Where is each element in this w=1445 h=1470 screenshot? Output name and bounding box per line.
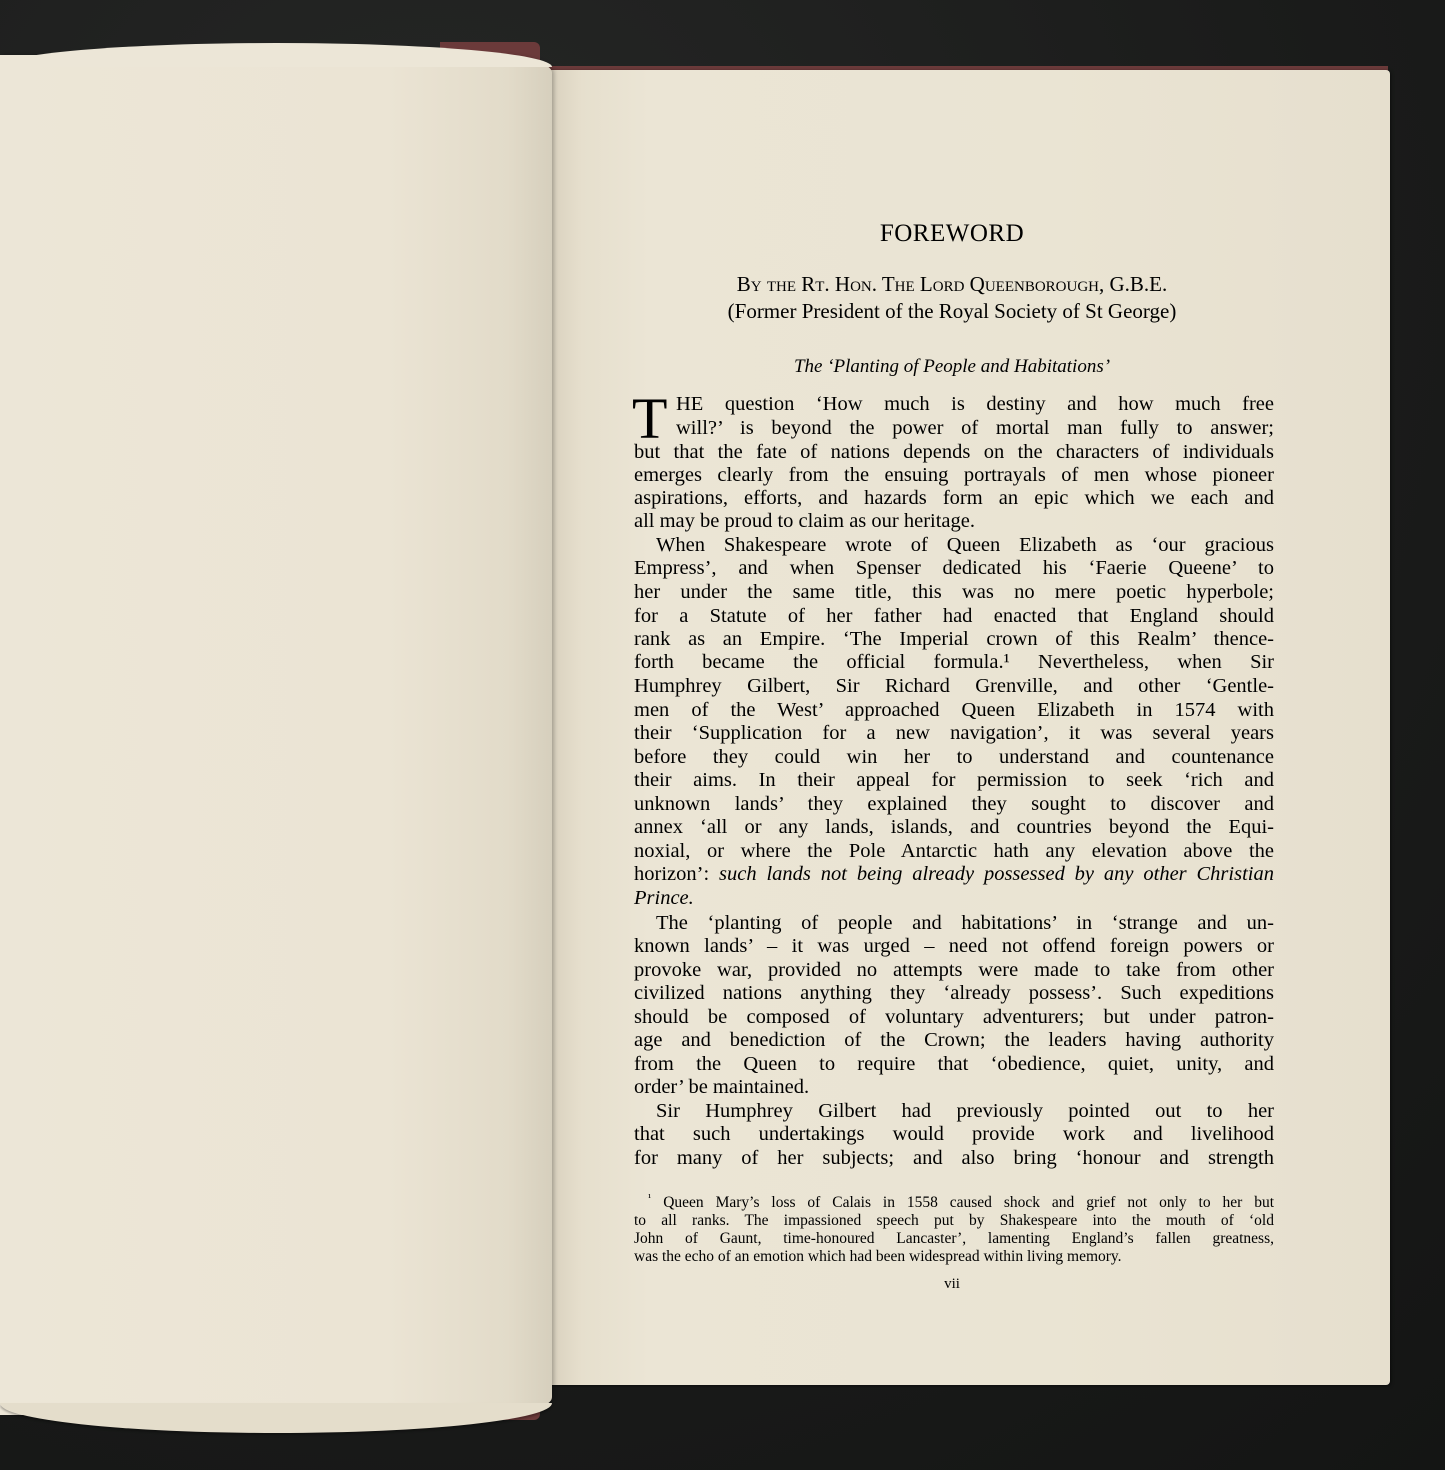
text-line: annex ‘all or any lands, islands, and co… [634,815,1274,839]
page-number: vii [548,1276,1356,1293]
text-line: civilized nations anything they ‘already… [634,981,1274,1005]
text-line: should be composed of voluntary adventur… [634,1005,1274,1029]
footnote-marker: ¹ [648,1192,651,1204]
text-line: order’ be maintained. [634,1075,1274,1099]
text-roman: horizon’: [634,863,719,885]
text-line: before they could win her to understand … [634,745,1274,769]
text-line: Humphrey Gilbert, Sir Richard Grenville,… [634,674,1274,698]
text-line: Sir Humphrey Gilbert had previously poin… [634,1099,1274,1123]
text-line: from the Queen to require that ‘obedienc… [634,1052,1274,1076]
text-line: aspirations, efforts, and hazards form a… [634,486,1274,510]
text-line: rank as an Empire. ‘The Imperial crown o… [634,627,1274,651]
text-line: provoke war, provided no attempts were m… [634,958,1274,982]
author-byline: By the Rt. Hon. The Lord Queenborough, G… [548,272,1356,297]
text-line: horizon’: such lands not being already p… [634,862,1274,886]
text-line: for a Statute of her father had enacted … [634,604,1274,628]
text-line: unknown lands’ they explained they sough… [634,792,1274,816]
author-affiliation: (Former President of the Royal Society o… [548,299,1356,324]
text-line: Prince. [634,886,1274,910]
text-line: their aims. In their appeal for permissi… [634,768,1274,792]
text-line: for many of her subjects; and also bring… [634,1146,1274,1170]
text-line: will?’ is beyond the power of mortal man… [634,416,1274,440]
text-line: men of the West’ approached Queen Elizab… [634,698,1274,722]
right-page: FOREWORD By the Rt. Hon. The Lord Queenb… [548,70,1390,1385]
text-line: When Shakespeare wrote of Queen Elizabet… [634,533,1274,557]
text-line: emerges clearly from the ensuing portray… [634,463,1274,487]
left-page-blank [0,55,552,1415]
page-title: FOREWORD [548,220,1356,248]
text-line: that such undertakings would provide wor… [634,1122,1274,1146]
text-line: noxial, or where the Pole Antarctic hath… [634,839,1274,863]
footnote-line: ¹ Queen Mary’s loss of Calais in 1558 ca… [634,1194,1274,1212]
footnote-text: Queen Mary’s loss of Calais in 1558 caus… [663,1194,1274,1211]
text-line: known lands’ – it was urged – need not o… [634,934,1274,958]
footnote-line: was the echo of an emotion which had bee… [634,1248,1274,1266]
text-line: HE question ‘How much is destiny and how… [634,392,1274,416]
text-line: all may be proud to claim as our heritag… [634,509,1274,533]
footnote-line: John of Gaunt, time-honoured Lancaster’,… [634,1230,1274,1248]
text-line: but that the fate of nations depends on … [634,440,1274,464]
text-line: her under the same title, this was no me… [634,580,1274,604]
text-line: forth became the official formula.¹ Neve… [634,650,1274,674]
text-line: The ‘planting of people and habitations’… [634,911,1274,935]
footnote-line: to all ranks. The impassioned speech put… [634,1212,1274,1230]
text-line: their ‘Supplication for a new navigation… [634,721,1274,745]
text-line: Empress’, and when Spenser dedicated his… [634,556,1274,580]
text-italic: such lands not being already possessed b… [719,863,1274,885]
text-line: age and benediction of the Crown; the le… [634,1028,1274,1052]
section-title: The ‘Planting of People and Habitations’ [548,356,1356,378]
